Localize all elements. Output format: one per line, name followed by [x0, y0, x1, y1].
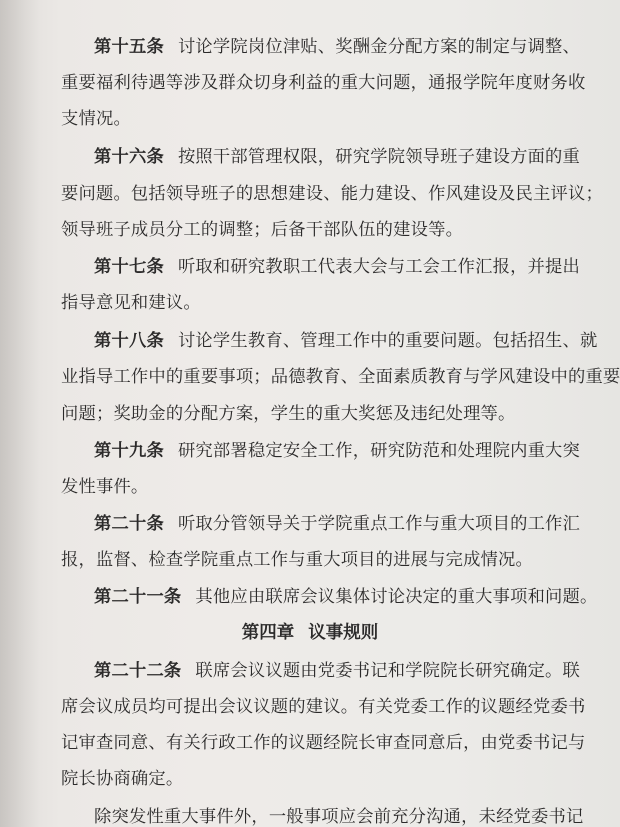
- article-number: 第二十条: [94, 514, 164, 534]
- article-17-line-1: 第十七条听取和研究教职工代表大会与工会工作汇报，并提出: [94, 256, 620, 278]
- article-19-line-1: 第十九条研究部署稳定安全工作，研究防范和处理院内重大突: [94, 440, 620, 462]
- article-16-line-1: 第十六条按照干部管理权限，研究学院领导班子建设方面的重: [94, 146, 620, 168]
- article-17-line-2: 指导意见和建议。: [61, 292, 601, 314]
- article-19-line-2: 发性事件。: [61, 476, 601, 498]
- article-21-line-1: 第二十一条其他应由联席会议集体讨论决定的重大事项和问题。: [94, 586, 620, 608]
- article-22-line-1: 第二十二条联席会议议题由党委书记和学院院长研究确定。联: [94, 660, 620, 682]
- chapter-heading: 第四章议事规则: [0, 622, 620, 644]
- article-16-line-3: 领导班子成员分工的调整；后备干部队伍的建设等。: [61, 219, 601, 241]
- article-18-line-2: 业指导工作中的重要事项；品德教育、全面素质教育与学风建设中的重要: [61, 366, 601, 388]
- article-15-line-3: 支情况。: [61, 108, 601, 130]
- article-15-line-2: 重要福利待遇等涉及群众切身利益的重大问题，通报学院年度财务收: [61, 72, 601, 94]
- article-20-line-2: 报，监督、检查学院重点工作与重大项目的进展与完成情况。: [61, 549, 601, 571]
- article-number: 第十八条: [94, 331, 164, 351]
- document-page: 第十五条讨论学院岗位津贴、奖酬金分配方案的制定与调整、 重要福利待遇等涉及群众切…: [0, 0, 620, 827]
- article-16-line-2: 要问题。包括领导班子的思想建设、能力建设、作风建设及民主评议；: [61, 183, 601, 205]
- article-number: 第十五条: [94, 37, 164, 57]
- trailing-paragraph-line-1: 除突发性重大事件外，一般事项应会前充分沟通，未经党委书记: [94, 806, 620, 827]
- page-fold-shadow: [0, 0, 40, 827]
- article-15-line-1: 第十五条讨论学院岗位津贴、奖酬金分配方案的制定与调整、: [94, 36, 620, 58]
- article-number: 第二十一条: [94, 587, 181, 607]
- article-22-line-2: 席会议成员均可提出会议议题的建议。有关党委工作的议题经党委书: [61, 696, 601, 718]
- article-22-line-4: 院长协商确定。: [61, 768, 601, 790]
- article-18-line-1: 第十八条讨论学生教育、管理工作中的重要问题。包括招生、就: [94, 330, 620, 352]
- article-22-line-3: 记审查同意、有关行政工作的议题经院长审查同意后，由党委书记与: [61, 732, 601, 754]
- article-18-line-3: 问题；奖助金的分配方案，学生的重大奖惩及违纪处理等。: [61, 403, 601, 425]
- article-number: 第二十二条: [94, 661, 181, 681]
- chapter-title: 议事规则: [308, 623, 378, 643]
- article-number: 第十六条: [94, 147, 164, 167]
- article-20-line-1: 第二十条听取分管领导关于学院重点工作与重大项目的工作汇: [94, 513, 620, 535]
- chapter-number: 第四章: [242, 623, 295, 643]
- article-number: 第十九条: [94, 441, 164, 461]
- article-number: 第十七条: [94, 257, 164, 277]
